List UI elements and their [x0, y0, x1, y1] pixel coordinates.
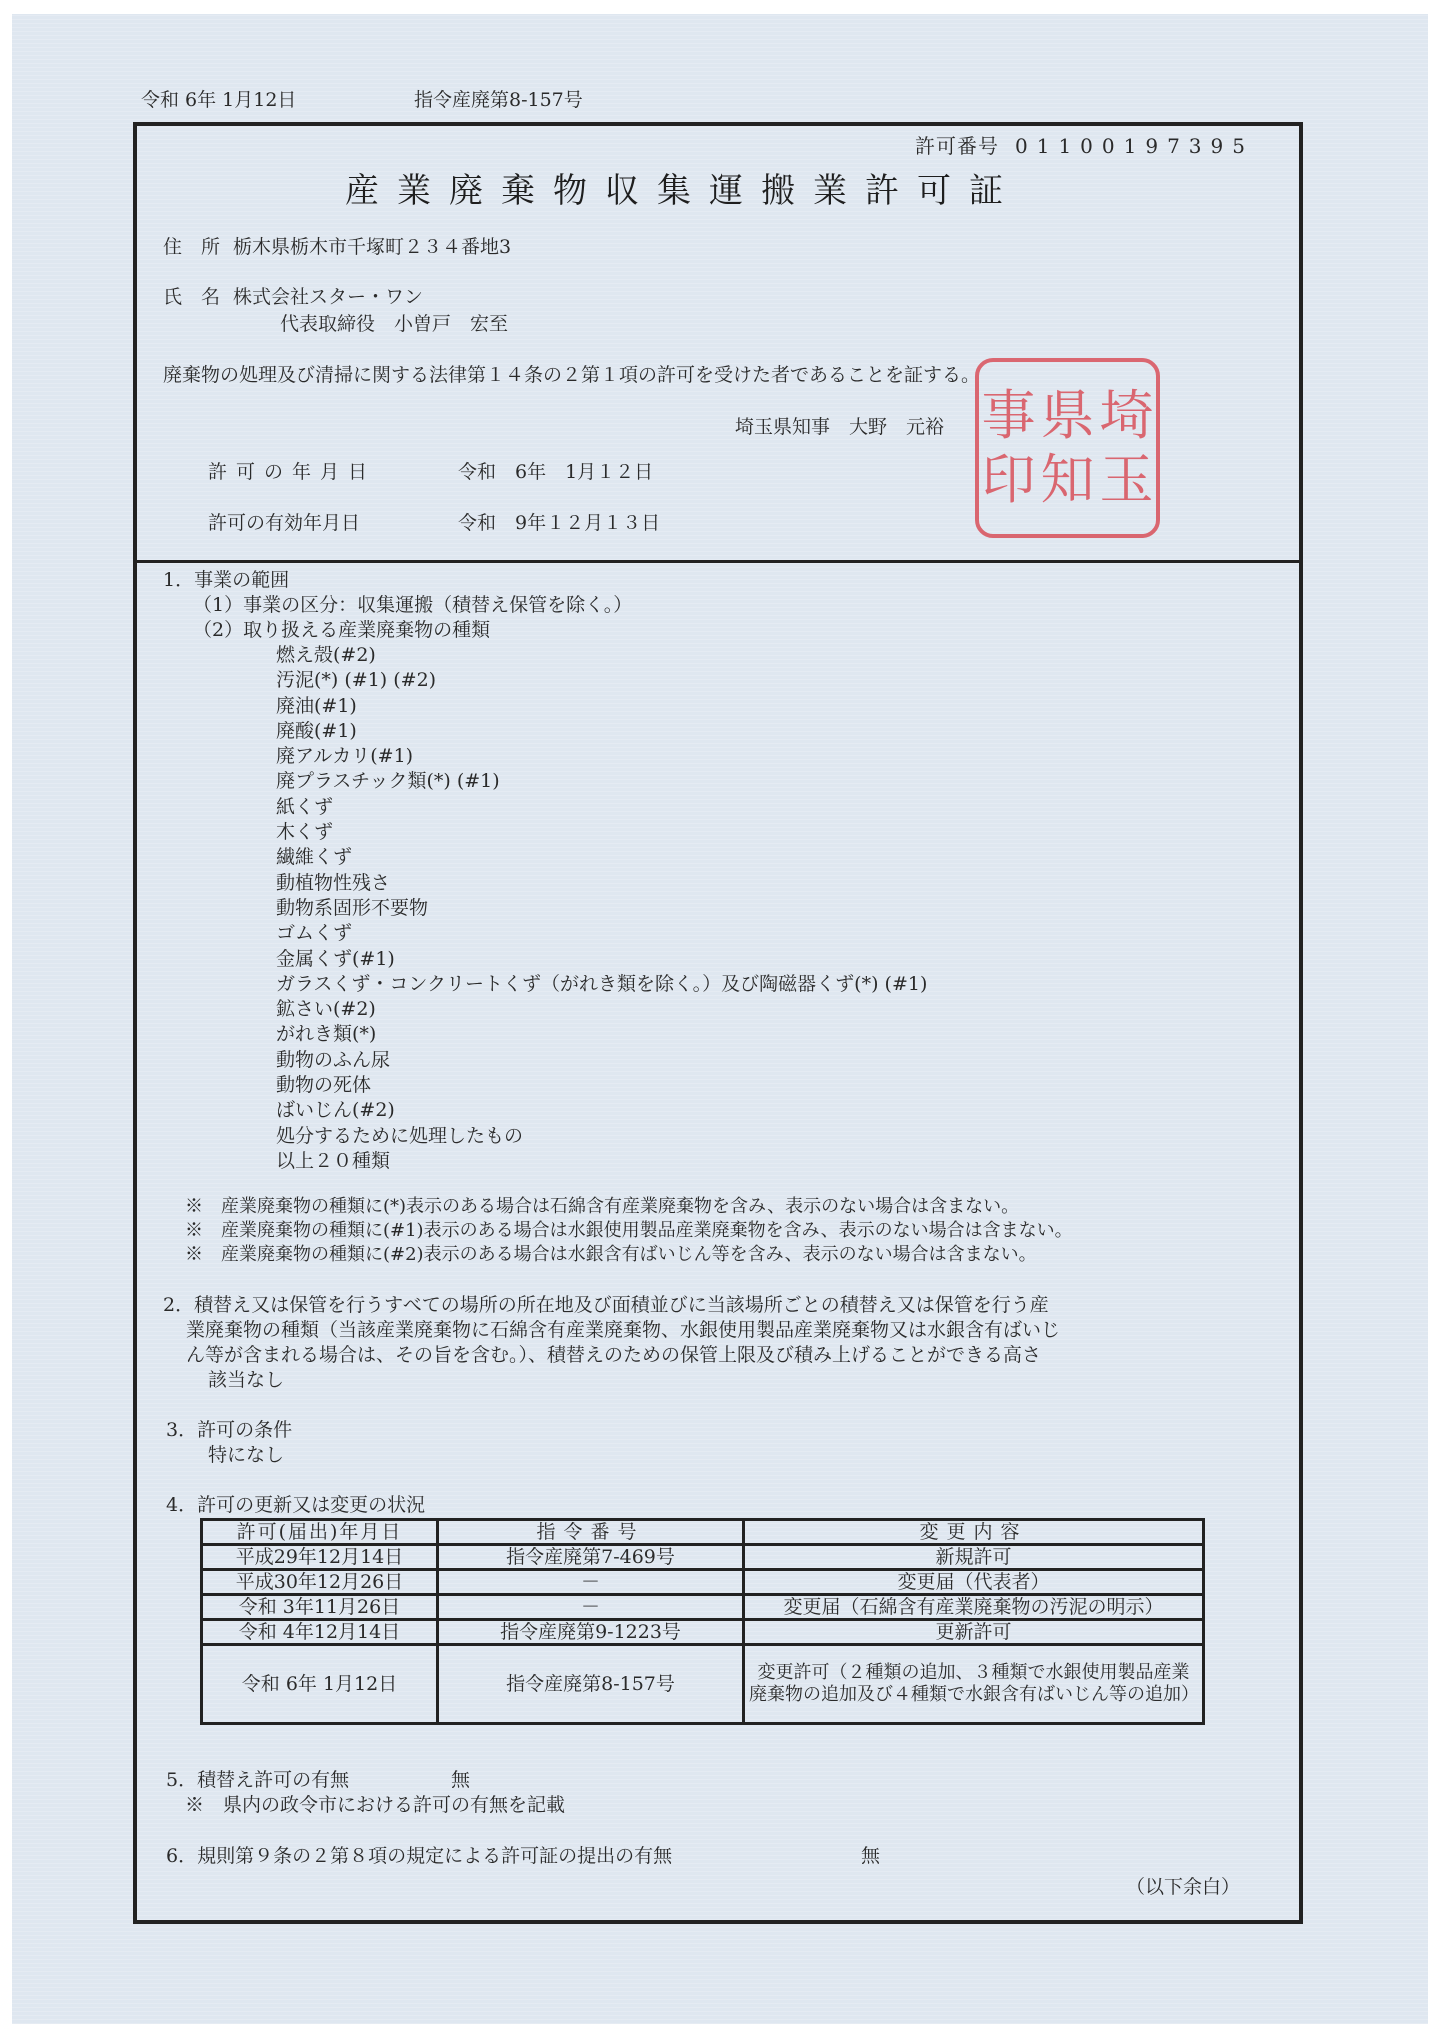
table-row: 平成29年12月14日 指令産廃第7-469号 新規許可: [202, 1545, 1204, 1570]
permit-number-label: 許可番号: [915, 134, 999, 158]
list-item: 廃アルカリ(#1): [276, 744, 927, 769]
cell-date: 平成29年12月14日: [202, 1545, 438, 1570]
seal-column: 県知: [1041, 384, 1095, 512]
issue-date: 令和 6年 1月12日: [141, 88, 296, 112]
section5-note: ※ 県内の政令市における許可の有無を記載: [185, 1793, 565, 1817]
list-item: 廃酸(#1): [276, 719, 927, 744]
list-item: 木くず: [276, 820, 927, 845]
table-row: 令和 4年12月14日 指令産廃第9-1223号 更新許可: [202, 1620, 1204, 1645]
section-divider: [133, 560, 1303, 563]
cell-change: 変更許可（２種類の追加、３種類で水銀使用製品産業廃棄物の追加及び４種類で水銀含有…: [744, 1645, 1204, 1724]
list-item: ばいじん(#2): [276, 1098, 927, 1123]
address-label: 住 所: [163, 235, 233, 259]
permit-date-label: 許可の年月日: [208, 460, 458, 484]
table-row: 平成30年12月26日 － 変更届（代表者）: [202, 1570, 1204, 1595]
name-label: 氏 名: [163, 285, 233, 309]
list-item: ガラスくず・コンクリートくず（がれき類を除く。）及び陶磁器くず(*) (#1): [276, 972, 927, 997]
cell-change: 更新許可: [744, 1620, 1204, 1645]
cell-directive: －: [438, 1570, 744, 1595]
section6-value: 無: [861, 1845, 880, 1867]
section6-heading: 6．規則第９条の２第８項の規定による許可証の提出の有無: [166, 1844, 861, 1868]
list-item: 動物のふん尿: [276, 1048, 927, 1073]
table-row: 令和 6年 1月12日 指令産廃第8-157号 変更許可（２種類の追加、３種類で…: [202, 1645, 1204, 1724]
permit-date-value: 令和 6年 1月１２日: [458, 461, 653, 483]
section2-line: ん等が含まれる場合は、その旨を含む。）、積替えのための保管上限及び積み上げること…: [186, 1343, 1041, 1367]
cell-change: 新規許可: [744, 1545, 1204, 1570]
section2-value: 該当なし: [208, 1368, 284, 1392]
cell-date: 令和 3年11月26日: [202, 1595, 438, 1620]
list-item: 以上２０種類: [276, 1149, 927, 1174]
section6-row: 6．規則第９条の２第８項の規定による許可証の提出の有無無: [166, 1844, 880, 1868]
history-table: 許可(届出)年月日 指令番号 変更内容 平成29年12月14日 指令産廃第7-4…: [200, 1518, 1205, 1725]
certification-statement: 廃棄物の処理及び清掃に関する法律第１４条の２第１項の許可を受けた者であることを証…: [163, 363, 980, 387]
address-value: 栃木県栃木市千塚町２３４番地3: [233, 236, 511, 258]
cell-directive: 指令産廃第9-1223号: [438, 1620, 744, 1645]
list-item: 動植物性残さ: [276, 871, 927, 896]
cell-directive: －: [438, 1595, 744, 1620]
section3-heading: 3．許可の条件: [166, 1418, 292, 1442]
cell-change: 変更届（代表者）: [744, 1570, 1204, 1595]
valid-until-value: 令和 9年１２月１３日: [458, 512, 660, 534]
valid-until-row: 許可の有効年月日令和 9年１２月１３日: [208, 511, 660, 535]
directive-number: 指令産廃第8-157号: [414, 88, 583, 112]
official-seal-icon: 埼玉 県知 事印: [975, 358, 1160, 538]
list-item: 廃油(#1): [276, 694, 927, 719]
permit-number: 許可番号01100197395: [915, 130, 1254, 159]
section5-heading: 5．積替え許可の有無: [166, 1768, 451, 1792]
section3-value: 特になし: [208, 1443, 284, 1467]
list-item: 燃え殻(#2): [276, 643, 927, 668]
cell-date: 令和 6年 1月12日: [202, 1645, 438, 1724]
list-item: 動物系固形不要物: [276, 896, 927, 921]
list-item: 動物の死体: [276, 1073, 927, 1098]
list-item: 廃プラスチック類(*) (#1): [276, 769, 927, 794]
section5-value: 無: [451, 1769, 470, 1791]
name-row: 氏 名株式会社スター・ワン: [163, 285, 423, 309]
column-header-change: 変更内容: [744, 1520, 1204, 1545]
waste-type-list: 燃え殻(#2) 汚泥(*) (#1) (#2) 廃油(#1) 廃酸(#1) 廃ア…: [276, 643, 927, 1174]
section4-heading: 4．許可の更新又は変更の状況: [166, 1493, 425, 1517]
permit-date-row: 許可の年月日令和 6年 1月１２日: [208, 460, 653, 484]
note-mercury-products: ※ 産業廃棄物の種類に(#1)表示のある場合は水銀使用製品産業廃棄物を含み、表示…: [185, 1219, 1073, 1243]
section5-row: 5．積替え許可の有無無: [166, 1768, 470, 1792]
section1-heading: 1．事業の範囲: [163, 568, 289, 592]
column-header-date: 許可(届出)年月日: [202, 1520, 438, 1545]
address-row: 住 所栃木県栃木市千塚町２３４番地3: [163, 235, 511, 259]
section1-sub2: （2）取り扱える産業廃棄物の種類: [193, 618, 490, 642]
seal-column: 事印: [982, 384, 1036, 512]
note-asbestos: ※ 産業廃棄物の種類に(*)表示のある場合は石綿含有産業廃棄物を含み、表示のない…: [185, 1195, 1019, 1219]
list-item: 処分するために処理したもの: [276, 1124, 927, 1149]
list-item: 繊維くず: [276, 845, 927, 870]
section2-line: 業廃棄物の種類（当該産業廃棄物に石綿含有産業廃棄物、水銀使用製品産業廃棄物又は水…: [186, 1318, 1060, 1342]
issuer: 埼玉県知事 大野 元裕: [735, 415, 944, 439]
cell-directive: 指令産廃第8-157号: [438, 1645, 744, 1724]
page-title: 産業廃棄物収集運搬業許可証: [345, 163, 1021, 212]
list-item: 金属くず(#1): [276, 947, 927, 972]
note-mercury-dust: ※ 産業廃棄物の種類に(#2)表示のある場合は水銀含有ばいじん等を含み、表示のな…: [185, 1243, 1037, 1267]
cell-date: 平成30年12月26日: [202, 1570, 438, 1595]
cell-date: 令和 4年12月14日: [202, 1620, 438, 1645]
permit-number-value: 01100197395: [1015, 134, 1254, 158]
section1-sub1: （1）事業の区分：収集運搬（積替え保管を除く。）: [193, 593, 632, 617]
end-mark: （以下余白）: [1126, 1875, 1240, 1899]
list-item: がれき類(*): [276, 1022, 927, 1047]
table-row: 令和 3年11月26日 － 変更届（石綿含有産業廃棄物の汚泥の明示）: [202, 1595, 1204, 1620]
section2-line: 2．積替え又は保管を行うすべての場所の所在地及び面積並びに当該場所ごとの積替え又…: [163, 1293, 1049, 1317]
representative: 代表取締役 小曽戸 宏至: [280, 312, 508, 336]
company-name: 株式会社スター・ワン: [233, 286, 423, 308]
cell-directive: 指令産廃第7-469号: [438, 1545, 744, 1570]
list-item: 汚泥(*) (#1) (#2): [276, 668, 927, 693]
list-item: 鉱さい(#2): [276, 997, 927, 1022]
valid-until-label: 許可の有効年月日: [208, 511, 458, 535]
column-header-directive: 指令番号: [438, 1520, 744, 1545]
seal-column: 埼玉: [1100, 384, 1154, 512]
table-header-row: 許可(届出)年月日 指令番号 変更内容: [202, 1520, 1204, 1545]
list-item: ゴムくず: [276, 921, 927, 946]
list-item: 紙くず: [276, 795, 927, 820]
cell-change: 変更届（石綿含有産業廃棄物の汚泥の明示）: [744, 1595, 1204, 1620]
